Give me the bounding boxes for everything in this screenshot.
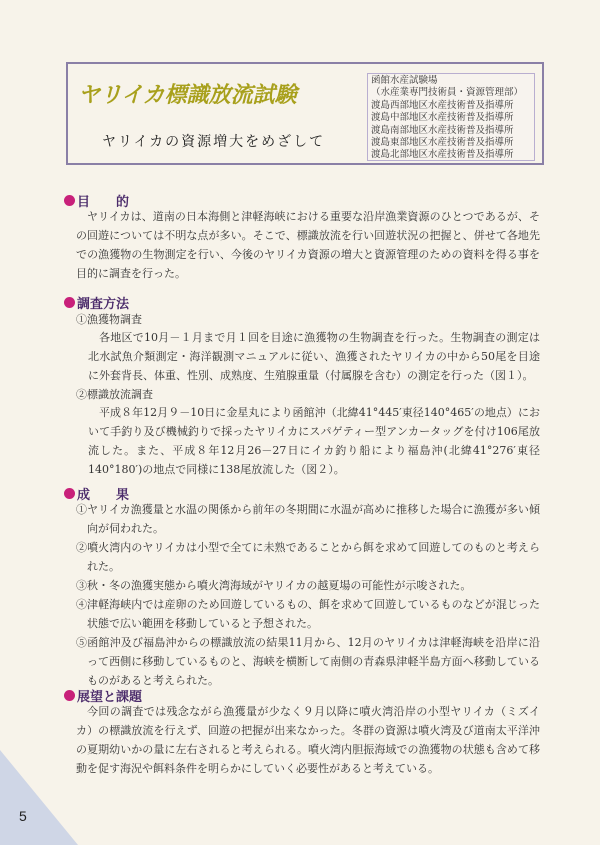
- result-item: ④津軽海峡内では産卵のため回遊しているもの、餌を求めて回遊しているものなどが混じ…: [76, 595, 540, 633]
- organization-item: （水産業専門技術員・資源管理部）: [371, 87, 531, 99]
- page-title: ヤリイカ標識放流試験: [78, 78, 297, 109]
- organization-item: 渡島中部地区水産技術普及指導所: [371, 112, 531, 124]
- results-list: ①ヤリイカ漁獲量と水温の関係から前年の冬期間に水温が高めに推移した場合に漁獲が多…: [76, 500, 540, 690]
- method-subheading-catch: ①漁獲物調査: [76, 311, 142, 327]
- result-item: ②噴火湾内のヤリイカは小型で全てに未熟であることから餌を求めて回遊してのものと考…: [76, 538, 540, 576]
- organization-list: 函館水産試験場 （水産業専門技術員・資源管理部） 渡島西部地区水産技術普及指導所…: [367, 73, 535, 161]
- organization-item: 函館水産試験場: [371, 75, 531, 87]
- method-tagging-paragraph: 平成８年12月９－10日に金星丸により函館沖（北緯41°445′東径140°46…: [88, 403, 540, 479]
- page-subtitle: ヤリイカの資源増大をめざして: [102, 131, 325, 151]
- organization-item: 渡島北部地区水産技術普及指導所: [371, 149, 531, 161]
- organization-item: 渡島南部地区水産技術普及指導所: [371, 125, 531, 137]
- bullet-icon: [64, 690, 75, 701]
- result-item: ⑤函館沖及び福島沖からの標識放流の結果11月から、12月のヤリイカは津軽海峡を沿…: [76, 633, 540, 690]
- section-heading-method: 調査方法: [64, 293, 129, 312]
- bullet-icon: [64, 488, 75, 499]
- result-item: ③秋・冬の漁獲実態から噴火湾海域がヤリイカの越夏場の可能性が示唆された。: [76, 576, 540, 595]
- organization-item: 渡島西部地区水産技術普及指導所: [371, 100, 531, 112]
- bullet-icon: [64, 195, 75, 206]
- result-item: ①ヤリイカ漁獲量と水温の関係から前年の冬期間に水温が高めに推移した場合に漁獲が多…: [76, 500, 540, 538]
- purpose-paragraph: ヤリイカは、道南の日本海側と津軽海峡における重要な沿岸漁業資源のひとつであるが、…: [76, 207, 540, 283]
- organization-item: 渡島東部地区水産技術普及指導所: [371, 137, 531, 149]
- method-catch-paragraph: 各地区で10月－１月まで月１回を目途に漁獲物の生物調査を行った。生物調査の測定は…: [88, 328, 540, 385]
- outlook-paragraph: 今回の調査では残念ながら漁獲量が少なく９月以降に噴火湾沿岸の小型ヤリイカ（ミズイ…: [76, 702, 540, 778]
- method-subheading-tagging: ②標識放流調査: [76, 386, 153, 402]
- page-number: 5: [19, 808, 27, 824]
- corner-decoration: [0, 750, 78, 845]
- bullet-icon: [64, 297, 75, 308]
